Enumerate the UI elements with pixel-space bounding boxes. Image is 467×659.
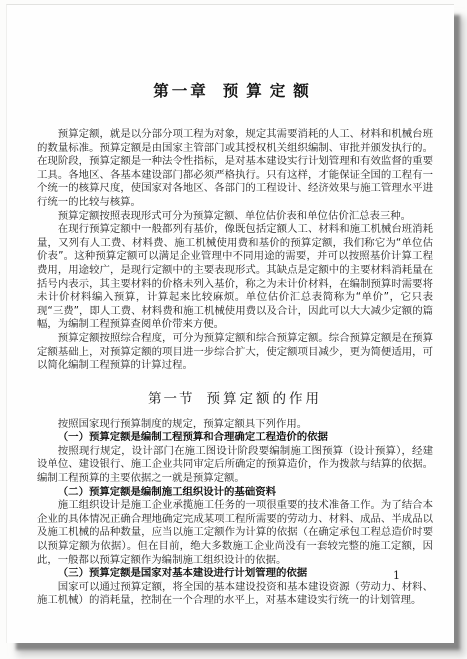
chapter-title: 预算定额 — [223, 82, 317, 100]
item-body: 按照现行规定，设计部门在施工图设计阶段要编制施工图预算（设计预算），经建设单位、… — [37, 445, 433, 486]
item-heading: （二）预算定额是编制施工组织设计的基础资料 — [37, 486, 433, 500]
chapter-label: 第一章 — [153, 82, 209, 100]
intro-paragraph: 预算定额按照综合程度，可分为预算定额和综合预算定额。综合预算定额是在预算定额基础… — [37, 332, 433, 373]
numbered-item: （一）预算定额是编制工程预算和合理确定工程造价的依据 按照现行规定，设计部门在施… — [37, 431, 433, 485]
document-page: 第一章预算定额 预算定额，就是以分部分项工程为对象，规定其需要消耗的人工、材料和… — [6, 4, 454, 643]
item-heading: （一）预算定额是编制工程预算和合理确定工程造价的依据 — [37, 431, 433, 445]
item-heading: （三）预算定额是国家对基本建设进行计划管理的依据 — [37, 567, 433, 581]
numbered-item: （二）预算定额是编制施工组织设计的基础资料 施工组织设计是施工企业承揽施工任务的… — [37, 486, 433, 568]
intro-paragraph: 预算定额按照表现形式可分为预算定额、单位估价表和单位估价汇总表三种。 — [37, 210, 433, 224]
body-text-block: 预算定额，就是以分部分项工程为对象，规定其需要消耗的人工、材料和机械台班的数量标… — [37, 128, 433, 608]
section-lead-paragraph: 按照国家现行预算制度的规定，预算定额具下列作用。 — [37, 418, 433, 432]
page-number: 1 — [393, 569, 400, 582]
section-label: 第一节 — [148, 391, 195, 407]
page-content: 第一章预算定额 预算定额，就是以分部分项工程为对象，规定其需要消耗的人工、材料和… — [37, 5, 433, 608]
scanned-book-page: 第一章预算定额 预算定额，就是以分部分项工程为对象，规定其需要消耗的人工、材料和… — [0, 0, 467, 659]
item-body: 国家可以通过预算定额，将全国的基本建设投资和基本建设资源（劳动力、材料、施工机械… — [37, 581, 433, 608]
numbered-item: （三）预算定额是国家对基本建设进行计划管理的依据 国家可以通过预算定额，将全国的… — [37, 567, 433, 608]
intro-paragraph: 在现行预算定额中一般都列有基价，像既包括定额人工、材料和施工机械台班消耗量，又列… — [37, 223, 433, 332]
item-body: 施工组织设计是施工企业承揽施工任务的一项很重要的技术准备工作。为了结合本企业的具… — [37, 499, 433, 567]
chapter-heading: 第一章预算定额 — [37, 79, 433, 101]
section-title: 预算定额的作用 — [207, 391, 323, 407]
section-heading: 第一节预算定额的作用 — [37, 387, 433, 407]
intro-paragraph: 预算定额，就是以分部分项工程为对象，规定其需要消耗的人工、材料和机械台班的数量标… — [37, 128, 433, 210]
